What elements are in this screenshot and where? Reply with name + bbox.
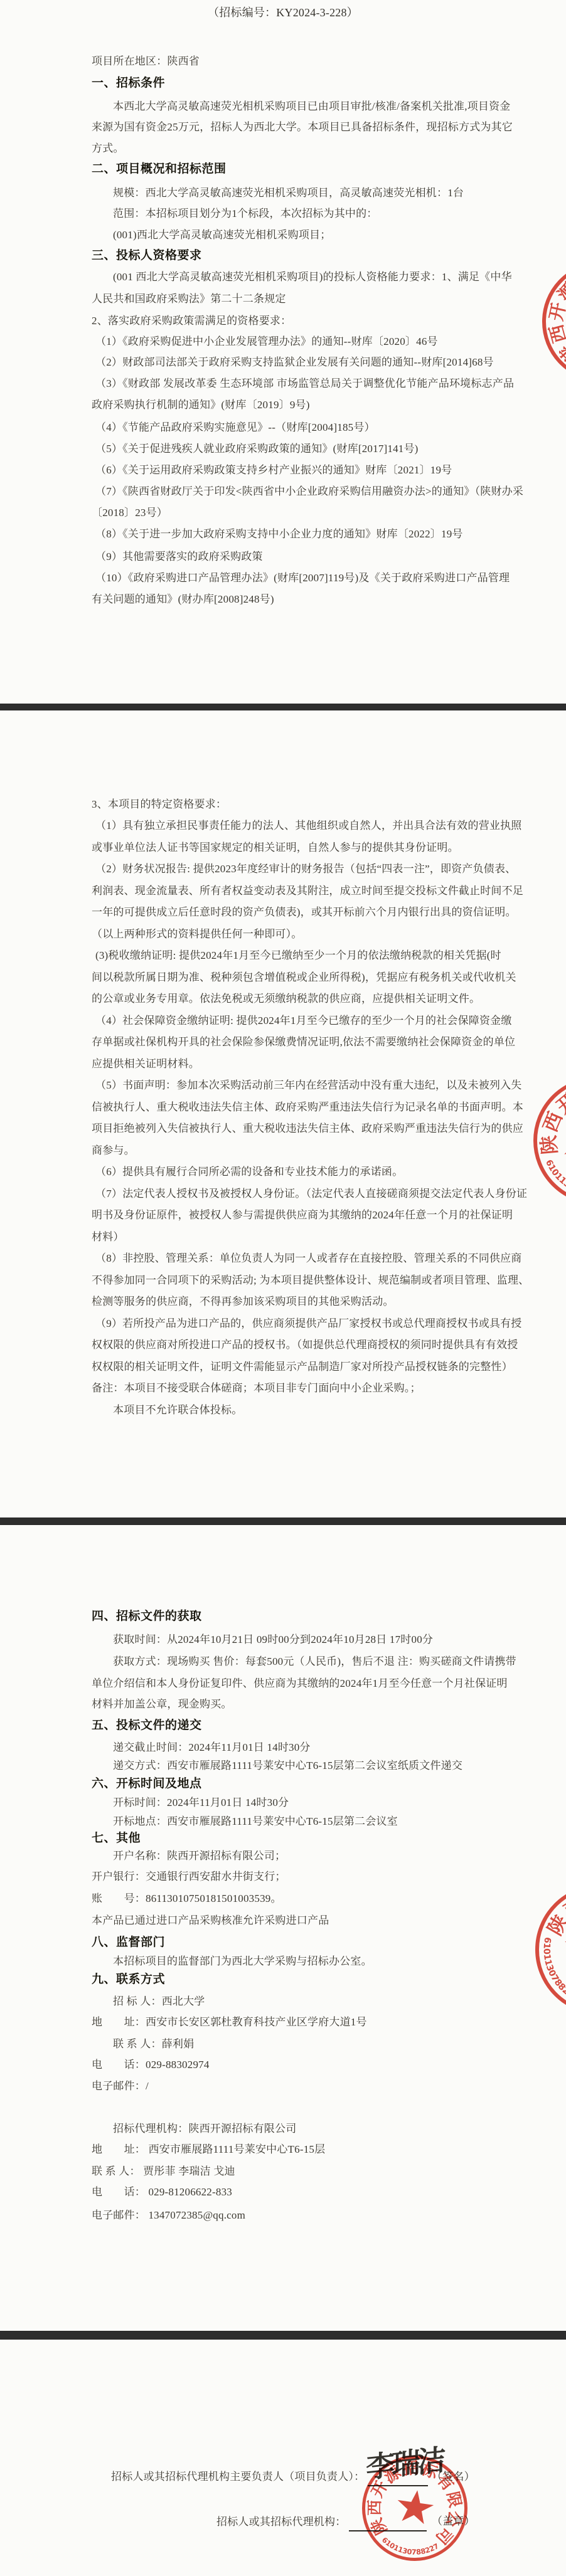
text-line: 联 系 人： 贾彤菲 李瑞洁 戈迪 xyxy=(92,2163,235,2180)
text-line: 开标地点：西安市雁展路1111号莱安中心T6-15层第二会议室 xyxy=(113,1813,398,1830)
text-line: 招标代理机构：陕西开源招标有限公司 xyxy=(113,2121,296,2137)
text-line: 获取方式：现场购买 售价：每套500元（人民币)，售后不退 注：购买磋商文件请携… xyxy=(113,1654,516,1670)
text-line: 递交方式：西安市雁展路1111号莱安中心T6-15层第二会议室纸质文件递交 xyxy=(113,1758,462,1774)
seal-company-char: 西 xyxy=(362,2499,385,2516)
text-line: 不得参加同一合同项下的采购活动; 为本项目提供整体设计、规范编制或者项目管理、监… xyxy=(92,1272,529,1289)
text-line: 材料） xyxy=(92,1229,124,1245)
page-3: 四、招标文件的获取获取时间：从2024年10月21日 09时00分到2024年1… xyxy=(0,1525,566,2331)
text-line: 电 话：029-88302974 xyxy=(92,2057,210,2073)
text-line: 电 话： 029-81206622-833 xyxy=(92,2184,232,2200)
text-line: 材料并加盖公章，现金购买。 xyxy=(92,1696,232,1713)
text-line: 有关问题的通知》(财办库[2008]248号) xyxy=(92,591,274,608)
text-line: 应提供相关证明材料。 xyxy=(92,1056,200,1072)
text-line: 本西北大学高灵敏高速荧光相机采购项目已由项目审批/核准/备案机关批准,项目资金 xyxy=(113,98,511,115)
text-line: （7）法定代表人授权书及被授权人身份证。（法定代表人直接磋商须提交法定代表人身份… xyxy=(95,1186,527,1202)
text-line: 政府采购执行机制的通知》(财库〔2019〕9号) xyxy=(92,397,310,413)
text-line: 地 址：西安市长安区郭杜教育科技产业区学府大道1号 xyxy=(92,2014,367,2030)
section-heading: 六、开标时间及地点 xyxy=(92,1776,202,1792)
text-line: （3）《财政部 发展改革委 生态环境部 市场监管总局关于调整优化节能产品环境标志… xyxy=(95,376,514,392)
text-line: （6）《关于运用政府采购政策支持乡村产业振兴的通知》财库〔2021〕19号 xyxy=(95,462,452,478)
text-line: 获取时间：从2024年10月21日 09时00分到2024年10月28日 17时… xyxy=(113,1632,433,1648)
text-line: 权权限的相关证明文件，证明文件需能显示产品制造厂家对所投产品授权链条的完整性） xyxy=(92,1359,513,1375)
text-line: 检测等服务的供应商，不得再参加该采购项目的其他采购活动。 xyxy=(92,1294,394,1310)
text-line: （6）提供具有履行合同所必需的设备和专业技术能力的承诺函。 xyxy=(95,1164,403,1180)
company-seal-main: 陕西开源招标有限公司6101130788227 xyxy=(362,2456,467,2561)
text-line: 项目拒绝被列入失信被执行人、重大税收违法失信主体、政府采购严重违法失信行为的供应 xyxy=(92,1121,523,1137)
text-line: 权权限的供应商对所投进口产品的授权书。（如提供总代理商授权的须同时提供具有有效授 xyxy=(92,1337,518,1353)
text-line: 开标时间：2024年11月01日 14时30分 xyxy=(113,1795,289,1811)
text-line: 2、落实政府采购政策需满足的资格要求： xyxy=(92,313,291,329)
text-line: 3、本项目的特定资格要求： xyxy=(92,796,227,813)
page-1: （招标编号：KY2024-3-228）项目所在地区：陕西省一、招标条件本西北大学… xyxy=(0,0,566,704)
company-seal-edge-page-3: 陕西开源招标有限公司6101130788227 xyxy=(535,1884,566,2015)
text-line: 规模：西北大学高灵敏高速荧光相机采购项目，高灵敏高速荧光相机：1台 xyxy=(113,185,464,201)
page-4 xyxy=(0,2340,566,2576)
text-line: （1）具有独立承担民事责任能力的法人、其他组织或自然人，并出具合法有效的营业执照 xyxy=(95,818,522,834)
seal-company-char: 陕 xyxy=(533,1134,562,1156)
text-line: 电子邮件：/ xyxy=(92,2078,149,2094)
text-line: 或事业单位法人证书等国家规定的相关证明，自然人参与的提供其身份证明。 xyxy=(92,840,459,856)
text-line: 来源为国有资金25万元，招标人为西北大学。本项目已具备招标条件，现招标方式为其它 xyxy=(92,119,513,135)
text-line: （8）《关于进一步加大政府采购支持中小企业力度的通知》财库〔2022〕19号 xyxy=(95,526,463,542)
text-line: 存单据或社保机构开具的社会保险参保缴费情况证明,依法不需要缴纳社会保障资金的单位 xyxy=(92,1034,515,1050)
text-line: 人民共和国政府采购法》第二十二条规定 xyxy=(92,291,286,307)
section-heading: 三、投标人资格要求 xyxy=(92,248,202,264)
page-2: 3、本项目的特定资格要求：（1）具有独立承担民事责任能力的法人、其他组织或自然人… xyxy=(0,710,566,1518)
section-heading: 一、招标条件 xyxy=(92,75,165,92)
text-line: （5）书面声明：参加本次采购活动前三年内在经营活动中没有重大违纪，以及未被列入失 xyxy=(95,1077,522,1094)
text-line: (3)税收缴纳证明: 提供2024年1月至今已缴纳至少一个月的依法缴纳税款的相关… xyxy=(95,948,501,964)
text-line: 一年的可提供成立后任意时段的资产负债表)，或其开标前六个月内银行出具的资信证明。 xyxy=(92,904,516,921)
text-line: （1）《政府采购促进中小企业发展管理办法》的通知--财库〔2020〕46号 xyxy=(95,334,438,350)
company-seal-edge-page-2: 陕西开源招标有限公司6101130788227 xyxy=(533,1077,566,1205)
text-line: （2）财政部司法部关于政府采购支持监狱企业发展有关问题的通知--财库[2014]… xyxy=(95,354,494,371)
text-line: （9）其他需要落实的政府采购政策 xyxy=(95,549,263,565)
text-line: 备注：本项目不接受联合体磋商；本项目非专门面向中小企业采购。； xyxy=(92,1380,421,1396)
scanned-tender-notice-document: 招标人或其招标代理机构主要负责人（项目负责人）： （签名） 招标人或其招标代理机… xyxy=(0,0,566,2576)
text-line: 范围：本招标项目划分为1个标段，本次招标为其中的： xyxy=(113,206,378,222)
text-line: 明书及身份证原件，被授权人参与需提供供应商为其缴纳的2024年任意一个月的社保证… xyxy=(92,1207,513,1223)
text-line: （以上两种形式的资料提供任何一种即可）。 xyxy=(92,926,302,942)
text-line: （7）《陕西省财政厅关于印发<陕西省中小企业政府采购信用融资办法>的通知》（陕财… xyxy=(95,483,523,500)
text-line: 利润表、现金流量表、所有者权益变动表及其附注，成立时间至提交投标文件截止时间不足 xyxy=(92,883,523,899)
text-line: （4）《节能产品政府采购实施意见》--（财库[2004]185号） xyxy=(95,420,375,436)
text-line: 信被执行人、重大税收违法失信主体、政府采购严重违法失信行为记录名单的书面声明。本 xyxy=(92,1099,523,1116)
section-heading: 二、项目概况和招标范围 xyxy=(92,161,227,177)
section-heading: 五、投标文件的递交 xyxy=(92,1718,202,1734)
text-line: （5）《关于促进残疾人就业政府采购政策的通知》(财库[2017]141号) xyxy=(95,441,419,457)
text-line: 本招标项目的监督部门为西北大学采购与招标办公室。 xyxy=(113,1953,372,1970)
section-heading: 四、招标文件的获取 xyxy=(92,1608,202,1625)
section-heading: 七、其他 xyxy=(92,1830,141,1847)
section-heading: 九、联系方式 xyxy=(92,1972,165,1988)
text-line: 项目所在地区：陕西省 xyxy=(92,53,200,70)
text-line: 账 号：86113010750181501003539。 xyxy=(92,1891,282,1907)
text-line: 开户名称：陕西开源招标有限公司； xyxy=(113,1848,286,1864)
text-line: 地 址： 西安市雁展路1111号莱安中心T6-15层 xyxy=(92,2141,325,2158)
text-line: 递交截止时间：2024年11月01日 14时30分 xyxy=(113,1739,311,1756)
text-line: (001)西北大学高灵敏高速荧光相机采购项目； xyxy=(113,227,331,243)
text-line: 间以税款所属日期为准、税种须包含增值税或企业所得税)，凭据应有税务机关或代收机关 xyxy=(92,969,516,986)
text-line: （10）《政府采购进口产品管理办法》(财库[2007]119号)及《关于政府采购… xyxy=(95,570,510,586)
text-line: 联 系 人：薛利娟 xyxy=(113,2036,194,2052)
text-line: 商参与。 xyxy=(92,1143,135,1159)
text-line: 招 标 人：西北大学 xyxy=(113,1993,205,2010)
section-heading: 八、监督部门 xyxy=(92,1935,165,1951)
text-line: （4）社会保障资金缴纳证明: 提供2024年1月至今已缴存的至少一个月的社会保障… xyxy=(95,1013,512,1029)
text-line: 方式。 xyxy=(92,140,124,157)
text-line: （2）财务状况报告: 提供2023年度经审计的财务报告（包括“四表一注”，即资产… xyxy=(95,861,516,877)
text-line: 〔2018〕23号） xyxy=(92,505,168,521)
company-seal-edge-page-1: 陕西开源招标有限公司6101130788227 xyxy=(542,261,566,382)
text-line: 开户银行：交通银行西安甜水井街支行； xyxy=(92,1869,286,1885)
text-line: （8）非控股、管理关系：单位负责人为同一人或者存在直接控股、管理关系的不同供应商 xyxy=(95,1250,522,1267)
text-line: 电子邮件： 1347072385@qq.com xyxy=(92,2207,245,2224)
text-line: 单位介绍信和本人身份证复印件、供应商为其缴纳的2024年1月至今任意一个月社保证… xyxy=(92,1676,508,1692)
tender-number-line: （招标编号：KY2024-3-228） xyxy=(0,4,566,21)
seal-company-char: 招 xyxy=(402,2456,420,2479)
text-line: 本产品已通过进口产品采购核准允许采购进口产品 xyxy=(92,1913,329,1929)
text-line: 本项目不允许联合体投标。 xyxy=(113,1402,242,1418)
text-line: （9）若所投产品为进口产品的，供应商须提供产品厂家授权书或总代理商授权书或具有授 xyxy=(95,1316,522,1332)
text-line: (001 西北大学高灵敏高速荧光相机采购项目)的投标人资格能力要求：1、满足《中… xyxy=(113,269,512,285)
text-line: 的公章或业务专用章。依法免税或无须缴纳税款的供应商，应提供相关证明文件。 xyxy=(92,991,480,1007)
